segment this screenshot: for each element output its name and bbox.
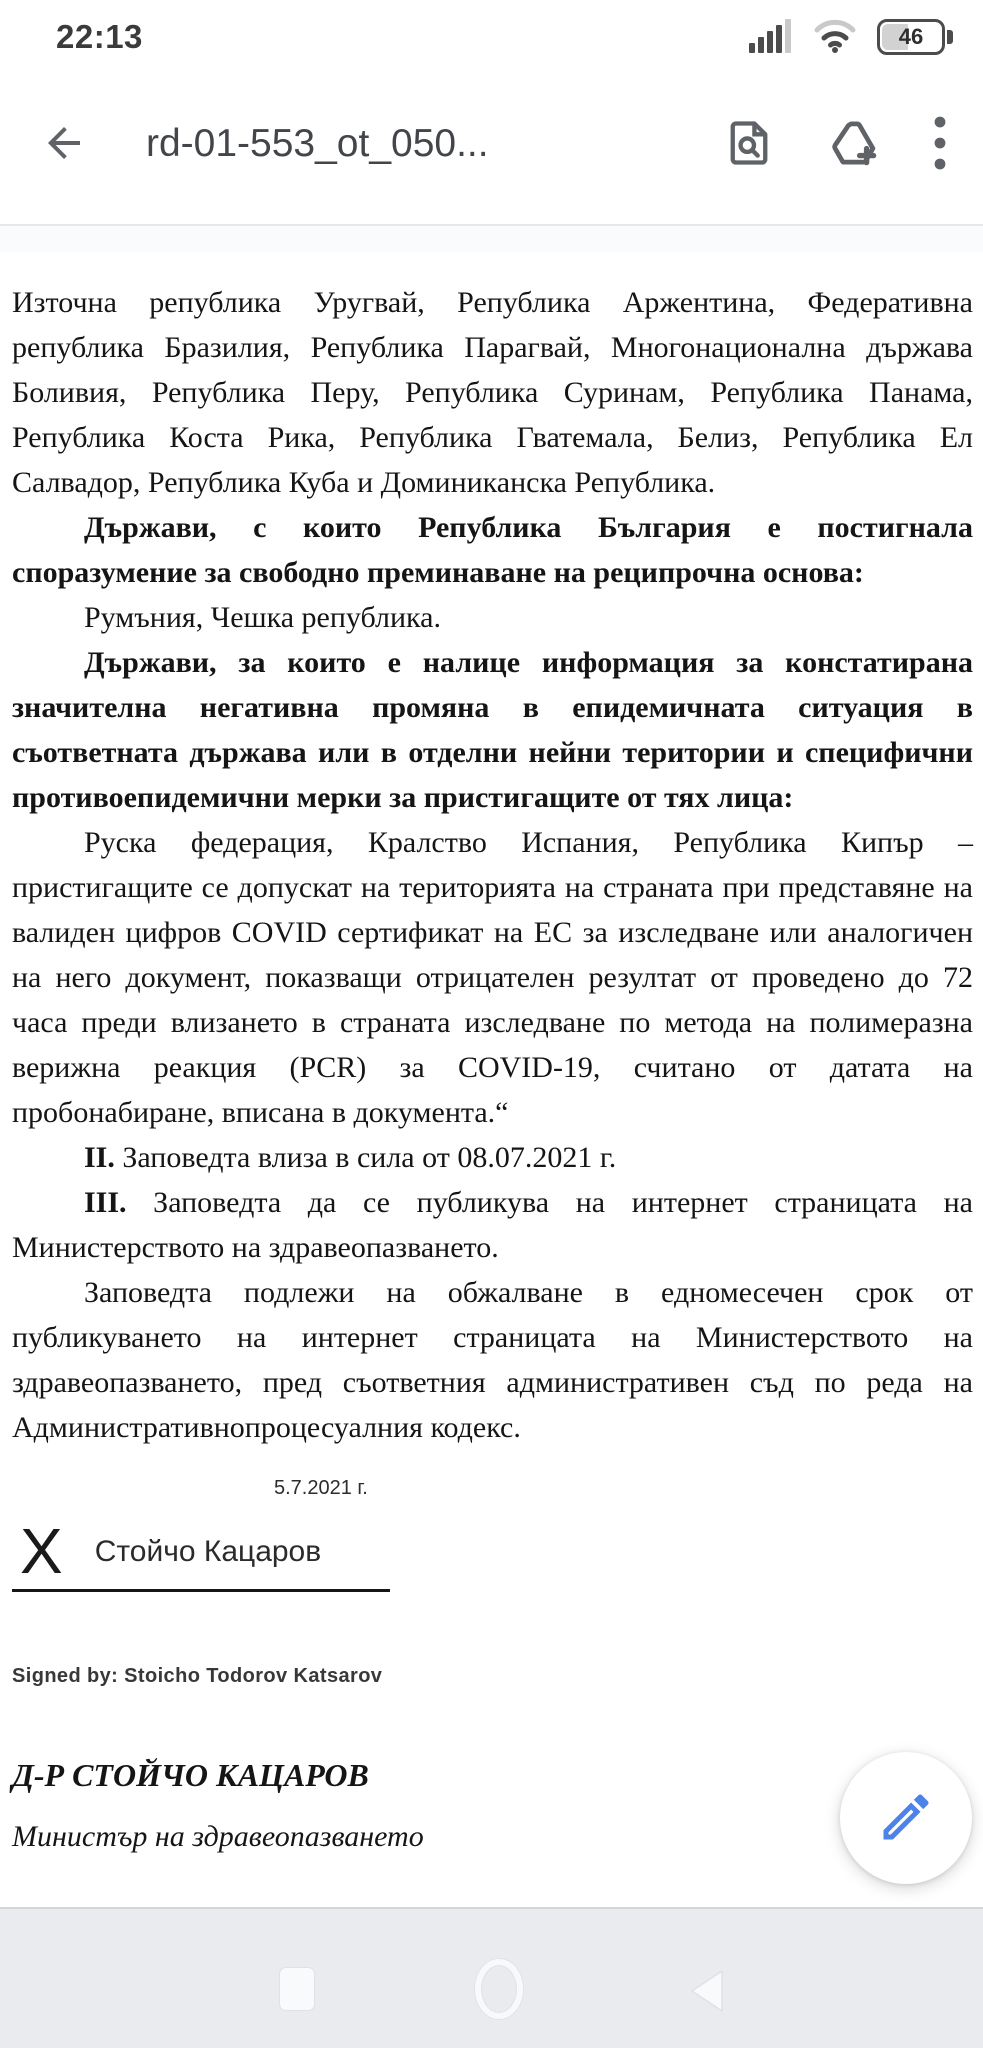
back-arrow-icon: [40, 119, 88, 170]
add-to-drive-button[interactable]: [827, 116, 881, 173]
find-in-document-button[interactable]: [723, 115, 775, 174]
signature-x-mark: X: [20, 1523, 63, 1579]
appbar-actions: [723, 114, 961, 175]
clock: 22:13: [56, 18, 143, 56]
back-button[interactable]: [40, 119, 88, 170]
item-3-label: III.: [84, 1186, 127, 1219]
battery-icon: 46: [877, 19, 953, 55]
screen: 22:13: [0, 0, 983, 2048]
edit-pencil-icon: [876, 1787, 936, 1850]
item-2-text: Заповедта влиза в сила от 08.07.2021 г.: [115, 1141, 616, 1174]
overflow-menu-button[interactable]: [933, 114, 947, 175]
viewer-gap: [0, 226, 983, 252]
find-in-document-icon: [723, 115, 775, 174]
paragraph-item-3: III. Заповедта да се публикува на интерн…: [12, 1180, 973, 1270]
status-bar: 22:13: [0, 0, 983, 64]
add-to-drive-icon: [827, 116, 881, 173]
battery-percent: 46: [899, 24, 923, 50]
signature-line: X Стойчо Кацаров: [12, 1523, 390, 1592]
recents-square-icon[interactable]: [279, 1967, 315, 2011]
paragraph-reciprocal-heading: Държави, с които Република България е по…: [12, 505, 973, 595]
back-triangle-icon[interactable]: [686, 1967, 728, 2020]
signed-by-caption: Signed by: Stoicho Todorov Katsarov: [12, 1654, 973, 1699]
signer-role: Министър на здравеопазването: [12, 1814, 973, 1859]
pdf-page[interactable]: Източна република Уругвай, Република Арж…: [0, 252, 983, 1859]
battery-nub: [947, 30, 953, 44]
battery-body: 46: [877, 19, 945, 55]
status-icons: 46: [749, 17, 953, 58]
system-nav-bar: [0, 1907, 983, 2048]
paragraph-negative-change-heading: Държави, за които е налице информация за…: [12, 640, 973, 820]
document-title: rd-01-553_ot_050...: [146, 122, 489, 166]
paragraph-item-2: II. Заповедта влиза в сила от 08.07.2021…: [12, 1135, 973, 1180]
signature-date: 5.7.2021 г.: [274, 1466, 973, 1511]
paragraph-pcr-requirements: Руска федерация, Кралство Испания, Репуб…: [12, 820, 973, 1135]
app-bar: rd-01-553_ot_050...: [0, 64, 983, 226]
signer-name: Д-Р СТОЙЧО КАЦАРОВ: [12, 1753, 973, 1798]
home-circle-icon[interactable]: [475, 1959, 523, 2019]
paragraph-countries-list: Източна република Уругвай, Република Арж…: [12, 280, 973, 505]
signal-strength-icon: [749, 17, 793, 58]
signature-name: Стойчо Кацаров: [95, 1529, 322, 1579]
item-2-label: II.: [84, 1141, 115, 1174]
overflow-menu-icon: [933, 114, 947, 175]
paragraph-reciprocal-countries: Румъния, Чешка република.: [12, 595, 973, 640]
wifi-icon: [813, 17, 857, 58]
item-3-text: Заповедта да се публикува на интернет ст…: [12, 1186, 973, 1264]
paragraph-appeal: Заповедта подлежи на обжалване в едномес…: [12, 1270, 973, 1450]
edit-fab[interactable]: [840, 1752, 972, 1884]
